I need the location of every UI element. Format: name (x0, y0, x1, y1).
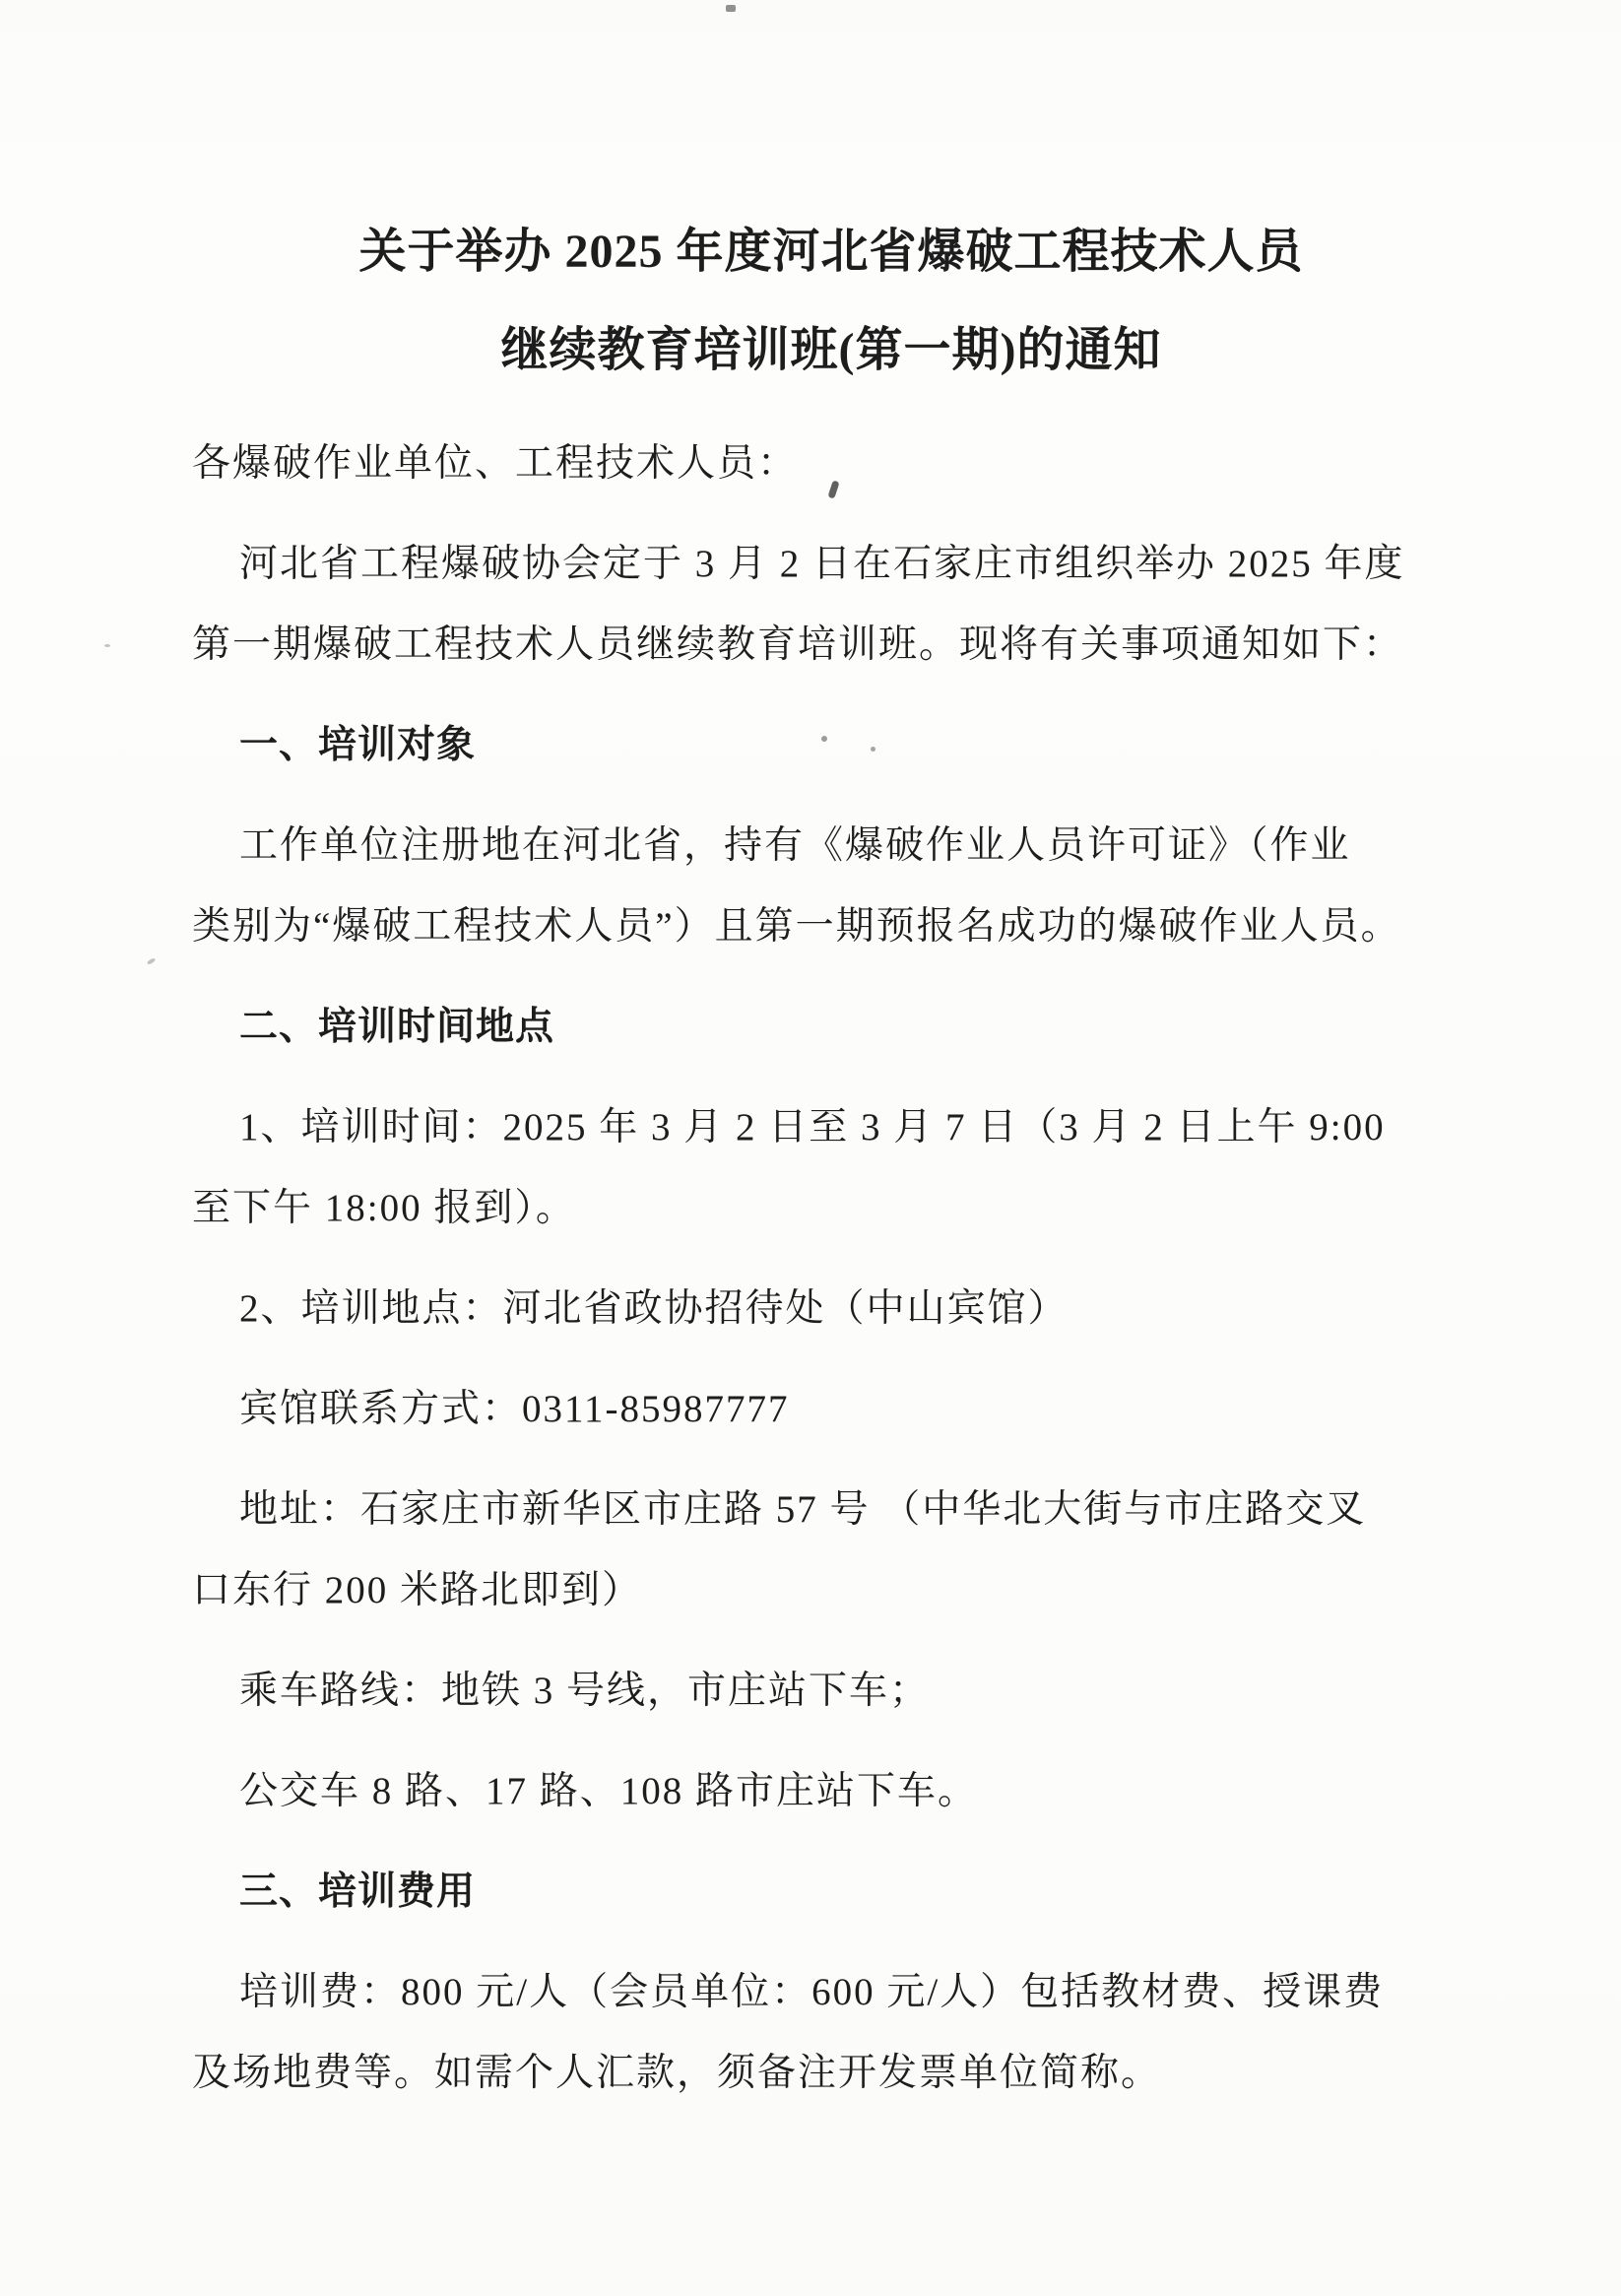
scan-speck (147, 957, 157, 965)
document-line: 类别为“爆破工程技术人员”）且第一期预报名成功的爆破作业人员。 (192, 883, 1470, 963)
document-line: 地址：石家庄市新华区市庄路 57 号 （中华北大街与市庄路交叉 (192, 1466, 1470, 1546)
document-line: 各爆破作业单位、工程技术人员： (192, 420, 1470, 500)
notice-title-line-2: 继续教育培训班(第一期)的通知 (192, 301, 1470, 400)
document-line: 宾馆联系方式：0311-85987777 (192, 1365, 1470, 1446)
document-line: 2、培训地点：河北省政协招待处（中山宾馆） (192, 1265, 1470, 1345)
document-body: 各爆破作业单位、工程技术人员：河北省工程爆破协会定于 3 月 2 日在石家庄市组… (192, 420, 1470, 2110)
document-line: 三、培训费用 (192, 1848, 1470, 1929)
document-content: 关于举办 2025 年度河北省爆破工程技术人员 继续教育培训班(第一期)的通知 … (192, 203, 1470, 2110)
notice-title-line-1: 关于举办 2025 年度河北省爆破工程技术人员 (192, 203, 1470, 301)
document-line: 及场地费等。如需个人汇款，须备注开发票单位简称。 (192, 2029, 1470, 2110)
document-line: 培训费：800 元/人（会员单位：600 元/人）包括教材费、授课费 (192, 1948, 1470, 2029)
scan-speck (104, 644, 110, 647)
document-line: 工作单位注册地在河北省，持有《爆破作业人员许可证》（作业 (192, 802, 1470, 883)
document-line: 至下午 18:00 报到）。 (192, 1164, 1470, 1245)
scan-speck (726, 5, 736, 12)
document-line: 乘车路线：地铁 3 号线，市庄站下车； (192, 1647, 1470, 1728)
scanned-notice-page: 关于举办 2025 年度河北省爆破工程技术人员 继续教育培训班(第一期)的通知 … (0, 0, 1621, 2296)
document-line: 一、培训对象 (192, 701, 1470, 782)
document-line: 第一期爆破工程技术人员继续教育培训班。现将有关事项通知如下： (192, 601, 1470, 682)
document-line: 1、培训时间：2025 年 3 月 2 日至 3 月 7 日（3 月 2 日上午… (192, 1083, 1470, 1164)
document-line: 口东行 200 米路北即到） (192, 1546, 1470, 1627)
document-line: 公交车 8 路、17 路、108 路市庄站下车。 (192, 1747, 1470, 1828)
document-line: 河北省工程爆破协会定于 3 月 2 日在石家庄市组织举办 2025 年度 (192, 520, 1470, 601)
document-line: 二、培训时间地点 (192, 983, 1470, 1064)
notice-title: 关于举办 2025 年度河北省爆破工程技术人员 继续教育培训班(第一期)的通知 (192, 203, 1470, 400)
